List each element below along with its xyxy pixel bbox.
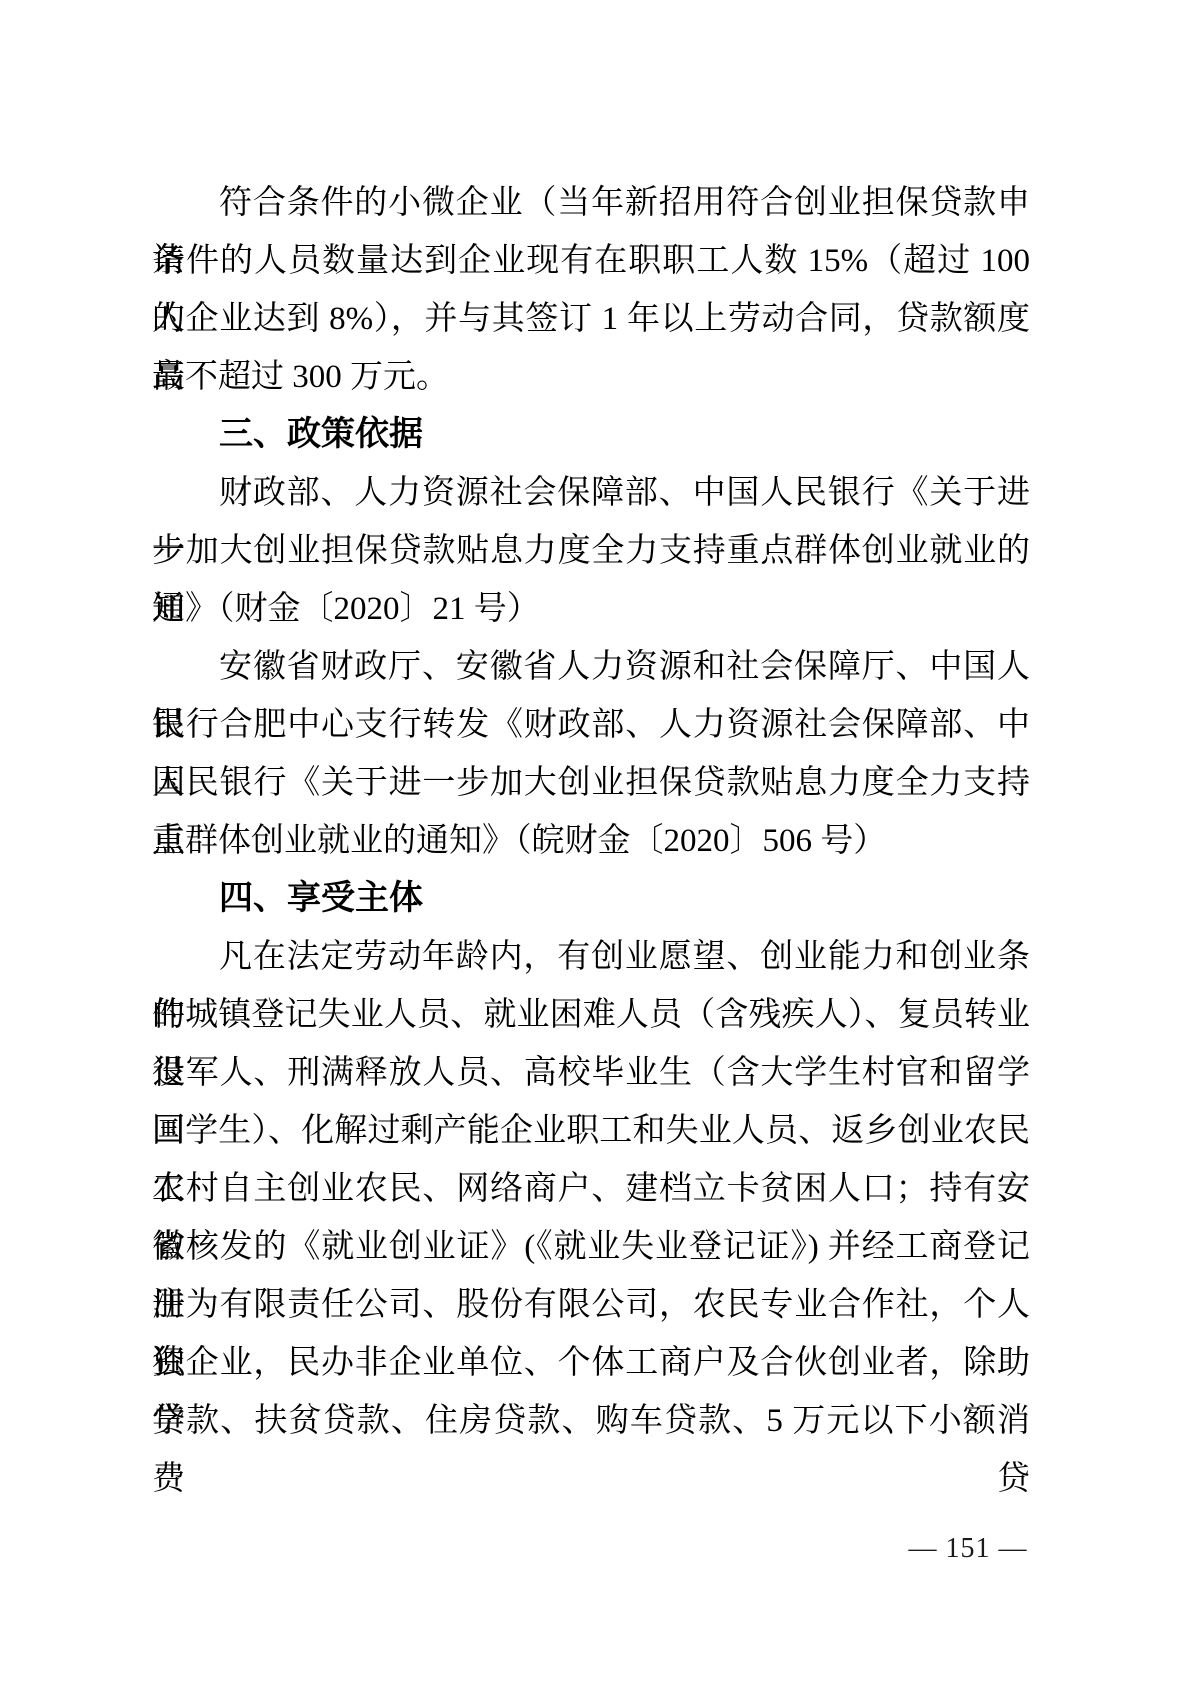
text-line: 役军人、刑满释放人员、高校毕业生（含大学生村官和留学回: [152, 1044, 1030, 1102]
text-line: 的企业达到 8%），并与其签订 1 年以上劳动合同，贷款额度最: [152, 290, 1030, 348]
text-line: 凡在法定劳动年龄内，有创业愿望、创业能力和创业条件: [152, 928, 1030, 986]
text-line: 的城镇登记失业人员、就业困难人员（含残疾人）、复员转业退: [152, 986, 1030, 1044]
section-heading: 四、享受主体: [152, 870, 1030, 928]
text-line: 高不超过 300 万元。: [152, 348, 1030, 406]
text-line: 册为有限责任公司、股份有限公司，农民专业合作社，个人独: [152, 1276, 1030, 1334]
text-line: 财政部、人力资源社会保障部、中国人民银行《关于进一: [152, 464, 1030, 522]
document-page: 符合条件的小微企业（当年新招用符合创业担保贷款申请条件的人员数量达到企业现有在职…: [0, 0, 1190, 1683]
text-line: 国学生）、化解过剩产能企业职工和失业人员、返乡创业农民工、: [152, 1102, 1030, 1160]
text-line: 人民银行《关于进一步加大创业担保贷款贴息力度全力支持重: [152, 754, 1030, 812]
text-line: 符合条件的小微企业（当年新招用符合创业担保贷款申请: [152, 174, 1030, 232]
text-line: 条件的人员数量达到企业现有在职职工人数 15%（超过 100 人: [152, 232, 1030, 290]
text-line: 贷款、扶贫贷款、住房贷款、购车贷款、5 万元以下小额消费贷: [152, 1392, 1030, 1450]
text-line: 资企业，民办非企业单位、个体工商户及合伙创业者，除助学: [152, 1334, 1030, 1392]
text-line: 知》（财金〔2020〕21 号）: [152, 580, 1030, 638]
text-line: 银行合肥中心支行转发《财政部、人力资源社会保障部、中国: [152, 696, 1030, 754]
text-line: 省核发的《就业创业证》(《就业失业登记证》) 并经工商登记注: [152, 1218, 1030, 1276]
page-number: — 151 —: [900, 1533, 1036, 1565]
text-line: 安徽省财政厅、安徽省人力资源和社会保障厅、中国人民: [152, 638, 1030, 696]
text-line: 步加大创业担保贷款贴息力度全力支持重点群体创业就业的通: [152, 522, 1030, 580]
document-text-block: 符合条件的小微企业（当年新招用符合创业担保贷款申请条件的人员数量达到企业现有在职…: [152, 174, 1030, 1450]
text-line: 农村自主创业农民、网络商户、建档立卡贫困人口；持有安徽: [152, 1160, 1030, 1218]
text-line: 点群体创业就业的通知》（皖财金〔2020〕506 号）: [152, 812, 1030, 870]
section-heading: 三、政策依据: [152, 406, 1030, 464]
